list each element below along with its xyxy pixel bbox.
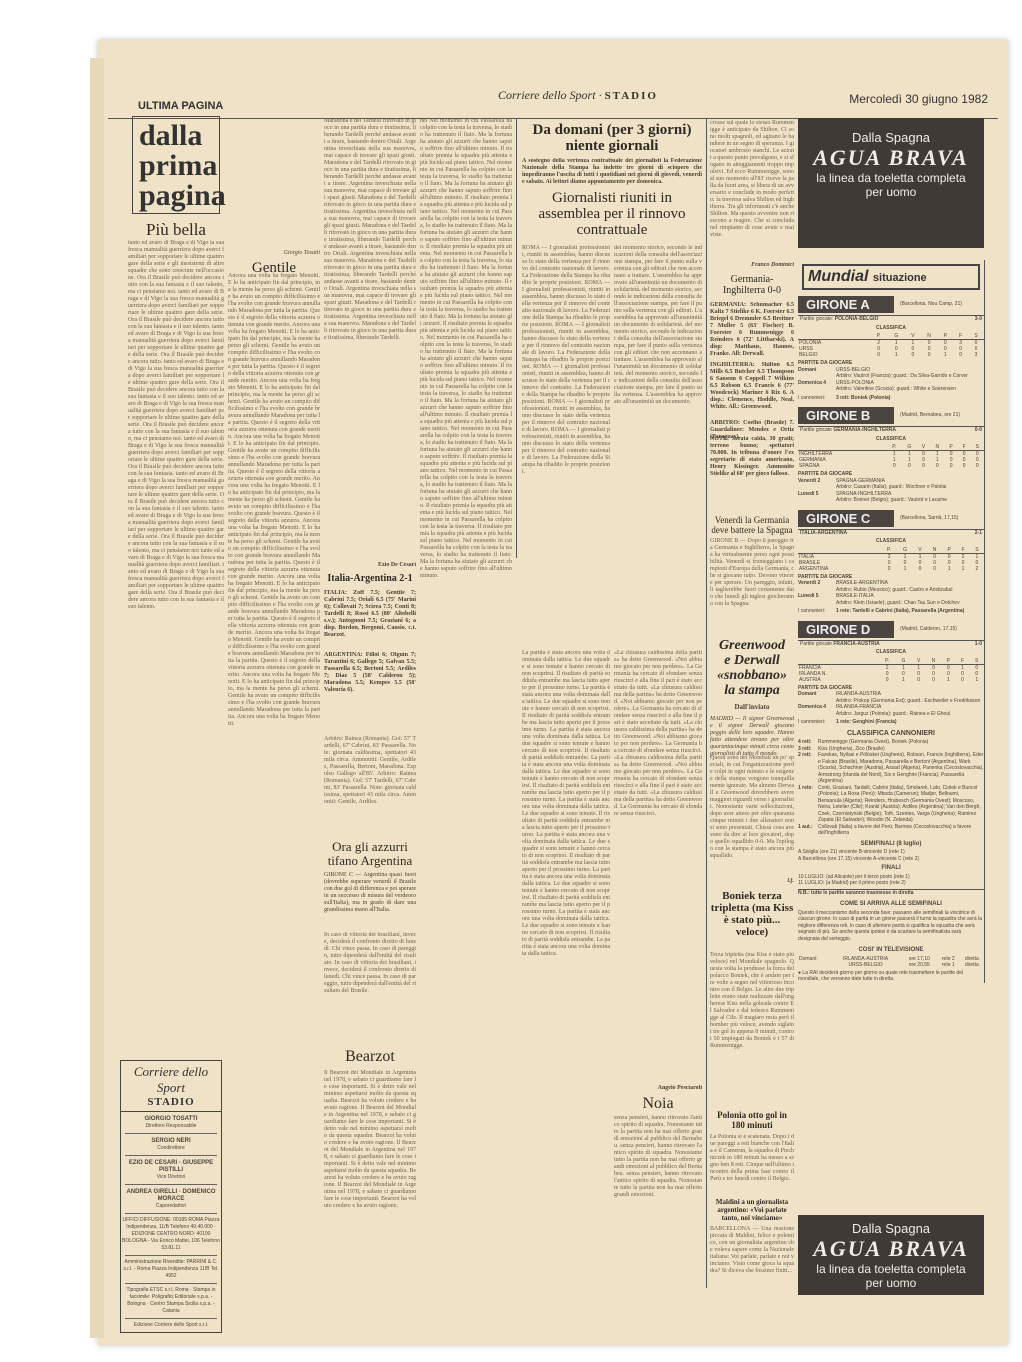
played-label: Partite giocate GERMANIA-INGHILTERRA bbox=[800, 427, 896, 434]
masthead-name: Corriere dello Sport bbox=[498, 88, 596, 102]
article-body-col3-top: Maradona e del Tardelli ritrovato in gio… bbox=[324, 118, 416, 558]
divider bbox=[706, 118, 707, 1288]
group-venue: (Madrid, Bernabeu, ore 21) bbox=[900, 412, 960, 419]
scorers-text: 3 reti: Boniek (Polonia) bbox=[836, 395, 890, 402]
scorer-names: Conti, Graziani, Tardelli, Cabrini (Ital… bbox=[818, 785, 984, 824]
article-body-col2: Ancora una volta ha fregato Menotti. E l… bbox=[228, 118, 320, 1288]
section-label: ULTIMA PAGINA bbox=[138, 100, 223, 112]
upcoming-day: Lunedì 5 bbox=[798, 593, 836, 606]
ad-line: per uomo bbox=[798, 1276, 984, 1290]
standings-cell: AUSTRIA bbox=[798, 677, 879, 683]
article-title-bearzot: Bearzot bbox=[324, 1048, 416, 1066]
standings-cell: 0 bbox=[881, 566, 897, 572]
mundial-bold: Mundial bbox=[808, 268, 868, 285]
tv-mode: diretta bbox=[960, 962, 984, 968]
tv-note: ● La RAI deciderà giorno per giorno su q… bbox=[798, 970, 984, 983]
article-body-col4b: del momento storico, secondo le indicazi… bbox=[614, 245, 702, 645]
ad-line: la linea da toeletta completa bbox=[798, 1262, 984, 1276]
standings-cell: 0 bbox=[917, 463, 930, 469]
scorers-text: 1 rete: Tardelli e Cabrini (Italia), Pas… bbox=[836, 608, 964, 615]
divider bbox=[516, 118, 517, 558]
standings-cell: ARGENTINA bbox=[798, 566, 881, 572]
standings-cell: 0 bbox=[953, 352, 968, 358]
standings-cell: 0 bbox=[913, 566, 927, 572]
played-teams: FRANCIA-AUSTRIA bbox=[833, 641, 879, 647]
upcoming-day: Venerdì 2 bbox=[798, 478, 836, 491]
advertisement-agua-brava: Dalla Spagna AGUA BRAVA la linea da toel… bbox=[798, 118, 984, 248]
goals-count: 2 reti: bbox=[798, 752, 818, 785]
group-venue: (Barcellona, Sarrià, 17,15) bbox=[900, 515, 958, 522]
standings-cell: 1 bbox=[897, 566, 913, 572]
article-title-giornalisti-riuniti: Giornalisti riuniti in assemblea per il … bbox=[522, 190, 702, 238]
upcoming-day: Domani bbox=[798, 367, 836, 380]
upcoming-day: Venerdì 2 bbox=[798, 580, 836, 593]
finale-line: 11 LUGLIO: (a Madrid) per il primo posto… bbox=[798, 880, 984, 887]
played-match: Partite giocate FRANCIA-AUSTRIA1-0 bbox=[798, 640, 984, 648]
played-label-text: Partite giocate: bbox=[800, 316, 833, 322]
group-header: GIRONE A(Barcellona, Nou Camp, 21) bbox=[798, 296, 984, 313]
standings-cell: 0 bbox=[879, 677, 896, 683]
played-label-text: Partite giocate bbox=[800, 427, 832, 433]
ad-brand: AGUA BRAVA bbox=[798, 1236, 984, 1262]
ad-line: Dalla Spagna bbox=[798, 130, 984, 145]
staff-role: Direttore Responsabile bbox=[121, 1123, 221, 1130]
article-title-boniek: Boniek terza tripletta (ma Kiss è stato … bbox=[710, 890, 794, 938]
upcoming-referee: Arbitro: Klein (Israele); guard.: Chan T… bbox=[836, 600, 960, 607]
classifica-label: CLASSIFICA bbox=[798, 538, 984, 545]
upcoming-match: Domenica 4IRLANDA-FRANCIAArbitro: Jarguz… bbox=[798, 704, 984, 717]
newspaper-page: ULTIMA PAGINA Corriere dello Sport · STA… bbox=[98, 40, 1008, 1345]
upcoming-day: Lunedì 5 bbox=[798, 491, 836, 504]
standings-cell: 1 bbox=[956, 566, 969, 572]
standings-cell: 0 bbox=[958, 463, 971, 469]
finali-title: FINALI bbox=[798, 865, 984, 872]
article-body-col3-mid: Arbitro: Rainea (Romania). Gol: 57' Tard… bbox=[324, 736, 416, 836]
played-label-text: Partite giocate bbox=[800, 641, 832, 647]
upcoming-match: DomaniIRLANDA-AUSTRIAArbitro: Prokop (Ge… bbox=[798, 691, 984, 704]
mundial-rest: situazione bbox=[873, 272, 927, 284]
played-match: Partite giocate: POLONIA-BELGIO3-0 bbox=[798, 315, 984, 323]
classifica-label: CLASSIFICA bbox=[798, 649, 984, 656]
article-lead-girone-c: GIRONE C — Argentina quasi fuori (dovreb… bbox=[324, 872, 416, 932]
tv-note-text: La RAI deciderà giorno per giorno su qua… bbox=[798, 970, 963, 983]
article-lead-madrid: MADRID — Il signor Greenwood e il signor… bbox=[710, 716, 794, 758]
byline-lf: l.f. bbox=[710, 878, 794, 885]
nb-note: N.B.: tutte le partite saranno trasmesse… bbox=[798, 889, 984, 897]
lineup-inghilterra: INGHILTERRA: Shilton 6.5 Mills 6.5 Butch… bbox=[710, 362, 794, 411]
title-line: «snobbano» bbox=[710, 668, 794, 683]
article-body-col4c: La partita è stata ancora una volta domi… bbox=[522, 650, 610, 1290]
played-score: 3-0 bbox=[975, 316, 982, 323]
article-title-polonia: Polonia otto gol in 180 minuti bbox=[710, 1110, 794, 1130]
strike-notice: A sostegno della vertenza contrattuale d… bbox=[522, 158, 702, 186]
staff-role: Condirettore bbox=[121, 1145, 221, 1152]
upcoming-referee: Arbitro: Jarguz (Polonia); guard.: Raine… bbox=[836, 711, 950, 718]
ad-brand: AGUA BRAVA bbox=[798, 145, 984, 171]
article-body-col5-top: crosse sul quale lo stesso Rummenigge è … bbox=[710, 120, 794, 260]
played-score: 1-0 bbox=[975, 641, 982, 648]
standings-cell: 0 bbox=[902, 463, 917, 469]
standings-cell: 0 bbox=[944, 463, 957, 469]
standings-table: P.GVNPFSITALIA2110021BRASILE0000000ARGEN… bbox=[798, 547, 984, 572]
goals-count: 1 aut.: bbox=[798, 824, 818, 837]
played-score: 2-1 bbox=[975, 530, 982, 537]
classifica-label: CLASSIFICA bbox=[798, 436, 984, 443]
article-body-col3b: nel Nel momento in cui Passarella ha col… bbox=[420, 118, 512, 1288]
upcoming-match: Lunedì 5BRASILE-ITALIAArbitro: Klein (Is… bbox=[798, 593, 984, 606]
staff-name: ANDREA GIRELLI · DOMENICO MORACE bbox=[121, 1189, 221, 1203]
standings-cell: 1 bbox=[941, 677, 956, 683]
group-venue: (Barcellona, Nou Camp, 21) bbox=[900, 301, 962, 308]
article-title-maldini: Maldini a un giornalista argentino: «Voi… bbox=[710, 1198, 794, 1222]
byline-pesciaroli: Angelo Pesciaroli bbox=[614, 1085, 702, 1092]
staff-name: EZIO DE CESARI · GIUSEPPE PISTILLI bbox=[121, 1160, 221, 1174]
article-body-maldini: BARCELLONA — Una reazione piccata di Mal… bbox=[710, 1226, 794, 1290]
title-line: Greenwood bbox=[710, 638, 794, 653]
standings-row: ARGENTINA0100112 bbox=[798, 566, 984, 572]
standings-row: SPAGNA0000000 bbox=[798, 463, 984, 469]
offices-info: UFFICI DIFFUSIONE: 00185 ROMA Piazza Ind… bbox=[121, 1217, 221, 1252]
standings-cell: 0 bbox=[887, 463, 902, 469]
scorers-text: 1 rete: Genghini (Francia) bbox=[836, 719, 897, 726]
byline-de-cesari: Ezio De Cesari bbox=[324, 562, 416, 569]
standings-cell: BELGIO bbox=[798, 352, 870, 358]
standings-cell: 1 bbox=[888, 352, 905, 358]
scorers-label: I cannonieri: bbox=[798, 395, 836, 402]
goals-count: 1 rete: bbox=[798, 785, 818, 824]
cannonieri-list: 4 reti:Rummenigge (Germania Ovest), Boni… bbox=[798, 739, 984, 837]
groups-container: GIRONE A(Barcellona, Nou Camp, 21)Partit… bbox=[798, 296, 984, 726]
standings-cell: SPAGNA bbox=[798, 463, 887, 469]
match-notes: NOTE: Serata calda, 30 gradi; terreno bu… bbox=[710, 436, 794, 478]
scorers-label: I cannonieri: bbox=[798, 719, 836, 726]
standings-cell: 0 bbox=[926, 677, 941, 683]
standings-row: BELGIO0100103 bbox=[798, 352, 984, 358]
played-label: ITALIA-ARGENTINA bbox=[800, 530, 847, 537]
print-info: Tipografia ETSC s.r.l. Roma · Stampa in … bbox=[121, 1287, 221, 1315]
article-title-niente-giornali: Da domani (per 3 giorni) niente giornali bbox=[522, 122, 702, 154]
played-match: Partite giocate GERMANIA-INGHILTERRA0-0 bbox=[798, 426, 984, 434]
played-label: Partite giocate: POLONIA-BELGIO bbox=[800, 316, 878, 323]
article-body-noia: senza pensieri, hanno ritrovato l'antico… bbox=[614, 1115, 702, 1290]
tv-time: ore 20,55 bbox=[902, 962, 937, 968]
upcoming-referee: Arbitro: Bonnet (Belgio); guard.: Vautro… bbox=[836, 497, 947, 504]
scorer-names: Collovati (Italia) a favore del Perù; Ba… bbox=[818, 824, 984, 837]
standings-cell: 1 bbox=[937, 352, 953, 358]
bullet-icon: ● bbox=[798, 970, 801, 976]
tv-schedule: Domani: IRLANDA-AUSTRIA ore 17,10 rete 2… bbox=[798, 956, 984, 968]
cannoniere-row: 1 aut.:Collovati (Italia) a favore del P… bbox=[798, 824, 984, 837]
article-title-germania-spagna: Venerdì la Germania deve battere la Spag… bbox=[710, 515, 794, 535]
played-score: 0-0 bbox=[975, 427, 982, 434]
masthead-box: Corriere dello Sport STADIO GIORGIO TOSA… bbox=[120, 1060, 222, 1333]
tv-channel: rete 1 bbox=[937, 962, 960, 968]
semifinale-line: A Barcellona (ore 17,15) vincente A-vinc… bbox=[798, 856, 984, 863]
ad-line: Dalla Spagna bbox=[798, 1221, 984, 1236]
ad-line: la linea da toeletta completa bbox=[798, 171, 984, 185]
upcoming-referee: Arbitro: Valentine (Scozia); guard.: Whi… bbox=[836, 386, 956, 393]
come-si-arriva-text: Questo il meccanismo della seconda fase:… bbox=[798, 910, 984, 943]
article-title-italia-argentina: Italia-Argentina 2-1 bbox=[324, 573, 416, 584]
standings-row: AUSTRIA0100101 bbox=[798, 677, 984, 683]
dalla-prima-pagina-box: dalla prima pagina bbox=[132, 116, 220, 214]
group-header: GIRONE B(Madrid, Bernabeu, ore 21) bbox=[798, 407, 984, 424]
article-title-azzurri-tifano: Ora gli azzurri tifano Argentina bbox=[324, 840, 416, 868]
group-scorers: I cannonieri:1 rete: Genghini (Francia) bbox=[798, 719, 984, 726]
staff-role: Caporedattori bbox=[121, 1203, 221, 1210]
article-body-col4d: «La chiusura caldissima della partita» h… bbox=[614, 650, 702, 1090]
upcoming-day: Domani bbox=[798, 691, 836, 704]
standings-cell: 0 bbox=[905, 352, 921, 358]
tv-title: COSI' IN TELEVISIONE bbox=[798, 947, 984, 954]
upcoming-match: Venerdì 2SPAGNA-GERMANIAArbitro: Casarin… bbox=[798, 478, 984, 491]
played-teams: POLONIA-BELGIO bbox=[835, 316, 879, 322]
played-teams: ITALIA-ARGENTINA bbox=[800, 530, 847, 536]
tv-row: URSS-BELGIO ore 20,55 rete 1 diretta bbox=[798, 962, 984, 968]
masthead-title: Corriere dello Sport · STADIO bbox=[498, 88, 658, 103]
standings-cell: 0 bbox=[927, 566, 942, 572]
staff-role: Vice Direttori bbox=[121, 1174, 221, 1181]
mundial-situazione-panel: Mundial situazione GIRONE A(Barcellona, … bbox=[798, 260, 985, 983]
lineup-italia: ITALIA: Zoff 7.5; Gentile 7; Cabrini 7.5… bbox=[324, 590, 416, 639]
staff-name: SERGIO NERI bbox=[121, 1138, 221, 1145]
tv-match: URSS-BELGIO bbox=[830, 962, 902, 968]
article-title-noia: Noia bbox=[614, 1095, 702, 1113]
article-title-greenwood-derwall: Greenwood e Derwall «snobbano» la stampa bbox=[710, 638, 794, 698]
semifinali-title: SEMIFINALI (8 luglio) bbox=[798, 841, 984, 848]
cannonieri-title: CLASSIFICA CANNONIERI bbox=[798, 731, 984, 738]
article-body-boniek: Terza tripletta (ma Kiss è stato più vel… bbox=[710, 952, 794, 1062]
standings-cell: 0 bbox=[930, 463, 944, 469]
standings-table: P.GVNPFSINGHILTERRA1101000GERMANIA110100… bbox=[798, 444, 984, 469]
admin-info: Amministrazione Rivendite: PARRINI & C. … bbox=[121, 1259, 221, 1280]
masthead-logo-sub: STADIO bbox=[121, 1096, 221, 1112]
group-name: GIRONE A bbox=[798, 296, 894, 313]
upcoming-day: Domenica 4 bbox=[798, 704, 836, 717]
standings-cell: 0 bbox=[911, 677, 926, 683]
standings-cell: 0 bbox=[956, 677, 970, 683]
ad-line: per uomo bbox=[798, 185, 984, 199]
scorers-label: I cannonieri: bbox=[798, 608, 836, 615]
article-body-col1: tanto ed avaro di Braga e di Vigo la sua… bbox=[128, 240, 224, 1040]
classifica-label: CLASSIFICA bbox=[798, 325, 984, 332]
group-scorers: I cannonieri:3 reti: Boniek (Polonia) bbox=[798, 395, 984, 402]
group-name: GIRONE D bbox=[798, 621, 894, 638]
group-scorers: I cannonieri:1 rete: Tardelli e Cabrini … bbox=[798, 608, 984, 615]
played-teams: GERMANIA-INGHILTERRA bbox=[833, 427, 896, 433]
article-body-germania-spagna: GIRONE B — Dopo il pareggio fra Germania… bbox=[710, 538, 794, 630]
lineup-germania: GERMANIA: Schumacher 6.5 Kaltz 7 Stielik… bbox=[710, 302, 794, 358]
group-header: GIRONE D(Madrid, Calderon, 17,15) bbox=[798, 621, 984, 638]
article-body-bearzot: Il Bearzot del Mondiale in Argentina nel… bbox=[324, 1070, 416, 1290]
standings-cell: 3 bbox=[968, 352, 984, 358]
group-name: GIRONE B bbox=[798, 407, 894, 424]
title-line: e Derwall bbox=[710, 653, 794, 668]
page-header: ULTIMA PAGINA Corriere dello Sport · STA… bbox=[108, 92, 998, 119]
upcoming-match: DomaniURSS-BELGIOArbitro: Vautrot (Franc… bbox=[798, 367, 984, 380]
standings-cell: 0 bbox=[921, 352, 938, 358]
title-line: la stampa bbox=[710, 683, 794, 698]
standings-cell: 2 bbox=[970, 566, 984, 572]
standings-table: P.GVNPFSFRANCIA2110010IRLANDA N.0000000A… bbox=[798, 658, 984, 683]
publisher-info: Edizione Corriere dello Sport s.r.l. bbox=[121, 1322, 221, 1329]
advertisement-agua-brava-2: Dalla Spagna AGUA BRAVA la linea da toel… bbox=[798, 1215, 984, 1295]
group-name: GIRONE C bbox=[798, 510, 894, 527]
group-venue: (Madrid, Calderon, 17,15) bbox=[900, 626, 957, 633]
article-body-polonia: La Polonia si è scatenata. Dopo i due pa… bbox=[710, 1134, 794, 1194]
played-match: ITALIA-ARGENTINA2-1 bbox=[798, 529, 984, 537]
byline-inviato: Dall'inviato bbox=[710, 704, 794, 711]
match-title-germania-inghilterra: Germania-Inghilterra 0-0 bbox=[710, 274, 794, 296]
played-label: Partite giocate FRANCIA-AUSTRIA bbox=[800, 641, 880, 648]
come-si-arriva-title: COME SI ARRIVA ALLE SEMIFINALI bbox=[798, 901, 984, 908]
upcoming-match: Domenica 4URSS-POLONIAArbitro: Valentine… bbox=[798, 380, 984, 393]
standings-cell: 0 bbox=[971, 463, 984, 469]
masthead-logo: Corriere dello Sport bbox=[121, 1064, 221, 1096]
scorer-names: Fazekas, Nyilasi e Pölöskei (Ungheria), … bbox=[818, 752, 984, 785]
standings-cell: 1 bbox=[942, 566, 956, 572]
cannoniere-row: 1 rete:Conti, Graziani, Tardelli, Cabrin… bbox=[798, 785, 984, 824]
lineup-argentina: ARGENTINA: Fillol 6; Olguin 7; Tarantini… bbox=[324, 652, 416, 732]
standings-cell: 1 bbox=[969, 677, 984, 683]
standings-cell: 1 bbox=[895, 677, 911, 683]
article-body-col4a: ROMA — I giornalisti professionisti, riu… bbox=[522, 245, 610, 645]
upcoming-match: Lunedì 5SPAGNA-INGHILTERRAArbitro: Bonne… bbox=[798, 491, 984, 504]
upcoming-day: Domenica 4 bbox=[798, 380, 836, 393]
issue-date: Mercoledì 30 giugno 1982 bbox=[849, 92, 988, 106]
article-body-greenwood: Questi sono dei Mondiali un po' speciali… bbox=[710, 755, 794, 875]
article-title-piu-bella: Più bella bbox=[128, 220, 224, 240]
mundial-heading: Mundial situazione bbox=[802, 264, 980, 290]
masthead-sub: STADIO bbox=[605, 90, 658, 102]
upcoming-match: Venerdì 2BRASILE-ARGENTINAArbitro: Rubio… bbox=[798, 580, 984, 593]
article-body-girone-c: In caso di vittoria dei brasiliani, inve… bbox=[324, 932, 416, 1042]
group-header: GIRONE C(Barcellona, Sarrià, 17,15) bbox=[798, 510, 984, 527]
cannoniere-row: 2 reti:Fazekas, Nyilasi e Pölöskei (Ungh… bbox=[798, 752, 984, 785]
staff-name: GIORGIO TOSATTI bbox=[121, 1116, 221, 1123]
standings-table: P.GVNPFSPOLONIA2110030URSS0000000BELGIO0… bbox=[798, 333, 984, 358]
byline-dominici: Franco Dominici bbox=[710, 262, 794, 269]
standings-cell: 0 bbox=[870, 352, 888, 358]
